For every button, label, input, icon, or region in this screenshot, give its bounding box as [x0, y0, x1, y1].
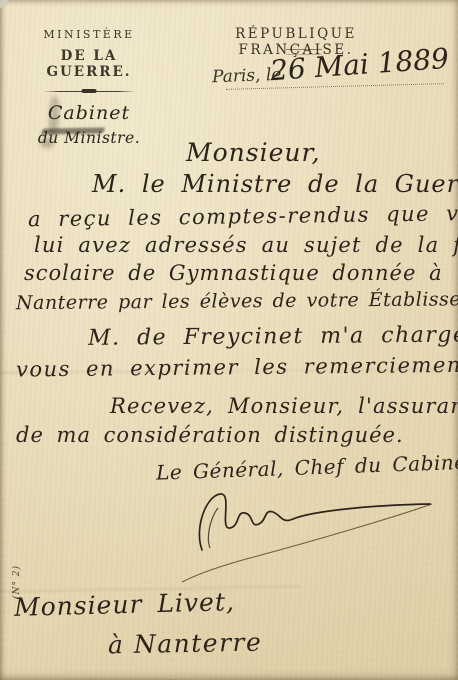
body-line: M. de Freycinet m'a chargé de	[88, 322, 458, 351]
rule-ornament	[82, 89, 97, 93]
salutation: Monsieur,	[186, 138, 321, 167]
body-line: Nanterre par les élèves de votre Établis…	[16, 288, 458, 314]
body-line: scolaire de Gymnastique donnée à	[24, 261, 443, 285]
ministry-name-line1: MINISTÈRE	[16, 28, 162, 41]
ministry-name-line2: DE LA GUERRE.	[16, 48, 162, 80]
body-line: Recevez, Monsieur, l'assurance	[110, 394, 458, 418]
ink-smudge-horizontal	[41, 127, 105, 134]
signature-scrawl	[140, 478, 452, 596]
recipient-place: à Nanterre	[108, 628, 263, 660]
ink-smudge-blot	[40, 138, 54, 148]
cabinet-line1: Cabinet	[16, 102, 162, 124]
scanned-letter-page: MINISTÈRE DE LA GUERRE. Cabinet du Minis…	[0, 0, 458, 680]
recipient-name: Monsieur Livet,	[14, 587, 236, 622]
body-line: a reçu les comptes-rendus que vous	[28, 201, 458, 232]
letterhead-rule	[43, 88, 135, 94]
body-line: M. le Ministre de la Guerre	[92, 170, 458, 198]
paper-corner-sliver	[0, 0, 9, 9]
body-line: vous en exprimer les remerciements.	[16, 353, 458, 382]
body-line: lui avez adressés au sujet de la fête	[34, 233, 458, 257]
body-line: de ma considération distinguée.	[16, 423, 404, 447]
